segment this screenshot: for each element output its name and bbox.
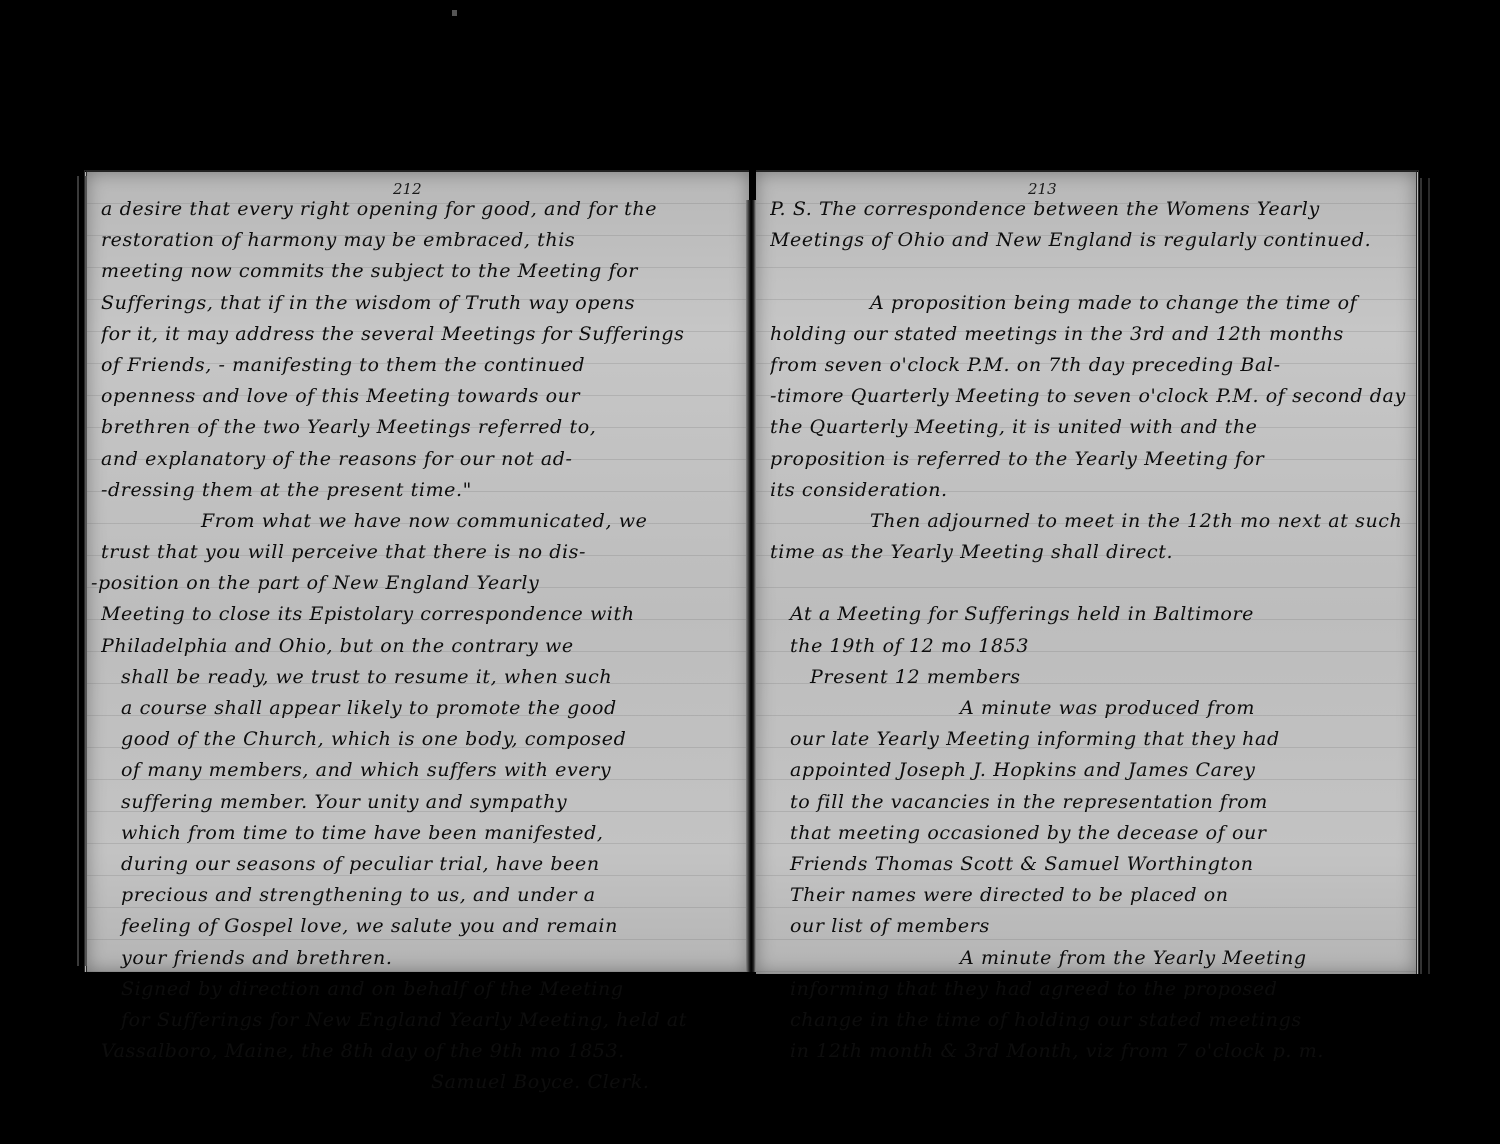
text-line: From what we have now communicated, we bbox=[101, 506, 739, 537]
text-line: openness and love of this Meeting toward… bbox=[101, 381, 739, 412]
text-line: feeling of Gospel love, we salute you an… bbox=[101, 911, 739, 942]
scan-speck bbox=[452, 10, 457, 16]
text-line: restoration of harmony may be embraced, … bbox=[101, 225, 739, 256]
text-line: proposition is referred to the Yearly Me… bbox=[770, 444, 1406, 475]
text-line: precious and strengthening to us, and un… bbox=[101, 880, 739, 911]
text-line: holding our stated meetings in the 3rd a… bbox=[770, 319, 1406, 350]
text-line: change in the time of holding our stated… bbox=[770, 1005, 1406, 1036]
text-line: for Sufferings for New England Yearly Me… bbox=[101, 1005, 739, 1036]
right-page: 213 P. S. The correspondence between the… bbox=[756, 170, 1419, 974]
text-line: for it, it may address the several Meeti… bbox=[101, 319, 739, 350]
text-line: time as the Yearly Meeting shall direct. bbox=[770, 537, 1406, 568]
text-line: appointed Joseph J. Hopkins and James Ca… bbox=[770, 755, 1406, 786]
meeting-date: the 19th of 12 mo 1853 bbox=[770, 631, 1406, 662]
text-line: good of the Church, which is one body, c… bbox=[101, 724, 739, 755]
open-book: 212 a desire that every right opening fo… bbox=[84, 170, 1426, 980]
signature-line: Samuel Boyce. Clerk. bbox=[101, 1067, 739, 1098]
right-page-text: P. S. The correspondence between the Wom… bbox=[770, 194, 1406, 1067]
text-line: Meeting to close its Epistolary correspo… bbox=[101, 599, 739, 630]
text-line: informing that they had agreed to the pr… bbox=[770, 974, 1406, 1005]
text-line: Vassalboro, Maine, the 8th day of the 9t… bbox=[101, 1036, 739, 1067]
text-line: -timore Quarterly Meeting to seven o'clo… bbox=[770, 381, 1406, 412]
text-line: -position on the part of New England Yea… bbox=[91, 568, 739, 599]
text-line: Meetings of Ohio and New England is regu… bbox=[770, 225, 1406, 256]
blank-line bbox=[770, 256, 1406, 287]
text-line: our list of members bbox=[770, 911, 1406, 942]
text-line: trust that you will perceive that there … bbox=[101, 537, 739, 568]
text-line: Then adjourned to meet in the 12th mo ne… bbox=[770, 506, 1406, 537]
text-line: a desire that every right opening for go… bbox=[101, 194, 739, 225]
book-gutter bbox=[746, 200, 756, 972]
text-line: that meeting occasioned by the decease o… bbox=[770, 818, 1406, 849]
text-line: A proposition being made to change the t… bbox=[770, 288, 1406, 319]
left-page: 212 a desire that every right opening fo… bbox=[84, 170, 749, 972]
text-line: and explanatory of the reasons for our n… bbox=[101, 444, 739, 475]
text-line: of Friends, - manifesting to them the co… bbox=[101, 350, 739, 381]
text-line: which from time to time have been manife… bbox=[101, 818, 739, 849]
text-line: Signed by direction and on behalf of the… bbox=[101, 974, 739, 1005]
text-line: a course shall appear likely to promote … bbox=[101, 693, 739, 724]
meeting-heading: At a Meeting for Sufferings held in Balt… bbox=[770, 599, 1406, 630]
text-line: Friends Thomas Scott & Samuel Worthingto… bbox=[770, 849, 1406, 880]
text-line: P. S. The correspondence between the Wom… bbox=[770, 194, 1406, 225]
text-line: brethren of the two Yearly Meetings refe… bbox=[101, 412, 739, 443]
attendance-line: Present 12 members bbox=[770, 662, 1406, 693]
text-line: our late Yearly Meeting informing that t… bbox=[770, 724, 1406, 755]
text-line: Their names were directed to be placed o… bbox=[770, 880, 1406, 911]
text-line: Philadelphia and Ohio, but on the contra… bbox=[101, 631, 739, 662]
text-line: meeting now commits the subject to the M… bbox=[101, 256, 739, 287]
text-line: from seven o'clock P.M. on 7th day prece… bbox=[770, 350, 1406, 381]
text-line: its consideration. bbox=[770, 475, 1406, 506]
text-line: in 12th month & 3rd Month, viz from 7 o'… bbox=[770, 1036, 1406, 1067]
text-line: Sufferings, that if in the wisdom of Tru… bbox=[101, 288, 739, 319]
text-line: to fill the vacancies in the representat… bbox=[770, 787, 1406, 818]
text-line: during our seasons of peculiar trial, ha… bbox=[101, 849, 739, 880]
text-line: shall be ready, we trust to resume it, w… bbox=[101, 662, 739, 693]
left-page-text: a desire that every right opening for go… bbox=[101, 194, 739, 1098]
text-line: A minute from the Yearly Meeting bbox=[770, 943, 1406, 974]
text-line: suffering member. Your unity and sympath… bbox=[101, 787, 739, 818]
blank-line bbox=[770, 568, 1406, 599]
text-line: of many members, and which suffers with … bbox=[101, 755, 739, 786]
text-line: A minute was produced from bbox=[770, 693, 1406, 724]
text-line: your friends and brethren. bbox=[101, 943, 739, 974]
text-line: the Quarterly Meeting, it is united with… bbox=[770, 412, 1406, 443]
text-line: -dressing them at the present time." bbox=[101, 475, 739, 506]
